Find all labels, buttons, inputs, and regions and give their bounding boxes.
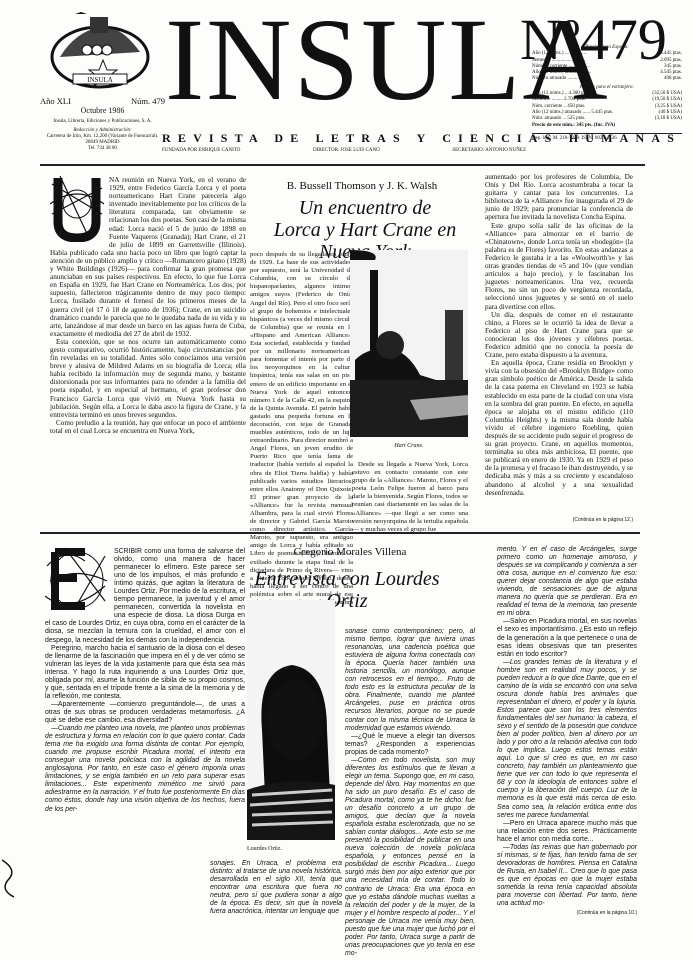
issue-num: Núm. 479 [131, 96, 165, 106]
issue-meta: Año XLINúm. 479 Octubre 1986 Insula, Lib… [40, 96, 165, 152]
paragraph: Desde su llegada a Nueva York, Lorca est… [352, 461, 468, 534]
paragraph: Un día, después de comer en el restauran… [485, 311, 633, 360]
paragraph: —Como en todo novelista, son muy diferen… [345, 757, 475, 958]
hart-crane-photo [350, 250, 468, 437]
paragraph: En aquella época, Crane residía en Brook… [485, 359, 633, 497]
issue-price: Precio de este núm.: 345 pts. (Inc. IVA) [532, 123, 682, 129]
hart-crane-caption: Hart Crane. [350, 443, 468, 449]
issue-date: Octubre 1986 [40, 106, 165, 116]
article2-col1: SCRIBIR como una forma de salvarse del o… [45, 548, 245, 814]
paragraph: Esta conexión, que se nos ocurre tan aut… [50, 338, 246, 419]
dropcap-u-icon [50, 174, 104, 242]
paragraph: —Todas las reinas que han gobernado por … [497, 844, 637, 908]
dropcap-e-icon [45, 546, 109, 614]
staff-line: FUNDADA POR ENRIQUE CANITO DIRECTOR: JOS… [162, 148, 526, 153]
article-divider [40, 532, 640, 534]
insula-logo: INSULA [45, 12, 155, 94]
paragraph: —Salvo en Picadura mortal, en sus novela… [497, 618, 637, 658]
paragraph: —Los grandes temas de la literatura y el… [497, 659, 637, 820]
year: Año XLI [40, 96, 71, 106]
secretary: SECRETARIO: ANTONIO NUÑEZ [452, 148, 526, 153]
masthead-rule [40, 164, 645, 166]
paragraph: —Pero en Urraca aparece mucho más que un… [497, 820, 637, 844]
article1-byline: B. Bussell Thomson y J. K. Walsh [262, 180, 462, 192]
article2-col3: sonase como contemporáneo; pero, al mism… [345, 628, 475, 958]
paragraph: —¿Qué le mueve a elegir tan diversos tem… [345, 733, 475, 757]
article2-col4: mento. Y en el caso de Arcángeles, surge… [497, 546, 637, 908]
founded-by: FUNDADA POR ENRIQUE CANITO [162, 148, 240, 153]
article2-continued-link[interactable]: (Continúa en la página 10.) [497, 910, 637, 916]
article2-byline: Gregorio Morales Villena [255, 546, 445, 558]
director: DIRECTOR: JOSE LUIS CANO [313, 148, 380, 153]
article1-continued-link[interactable]: (Continúa en la página 12.) [485, 517, 633, 523]
paragraph: sonajes. En Urraca, el problema era dist… [210, 860, 342, 916]
lourdes-ortiz-caption: Lourdes Ortiz. [247, 846, 335, 852]
address: Carretera de Irún, Km. 12,200 (Variante … [40, 134, 165, 146]
price-row: Número atrasado .................408 pta… [532, 76, 682, 82]
article1-col2: poco después de su llegada en junio de 1… [250, 251, 353, 615]
paragraph: sonase como contemporáneo; pero, al mism… [345, 628, 475, 733]
svg-text:INSULA: INSULA [87, 76, 113, 84]
article2-col2-under: sonajes. En Urraca, el problema era dist… [210, 860, 342, 916]
legal-deposit: Dep. leg.: M. 210-1958. ISSN: 0020-4536 [532, 133, 682, 142]
paragraph: Como preludio a la reunión, hay que enfo… [50, 419, 246, 435]
paragraph: Este grupo solía salir de las oficinas d… [485, 222, 633, 311]
lourdes-ortiz-photo [247, 600, 335, 840]
article1-col3: aumentado por los profesores de Columbia… [485, 173, 633, 497]
article1-col2b: Desde su llegada a Nueva York, Lorca est… [352, 461, 468, 534]
article1-col1: NA reunión en Nueva York, en el verano d… [50, 176, 246, 435]
phone: Tel. 734 38 00 [40, 146, 165, 152]
paragraph: Peregrino, marcho hacia el santuario de … [45, 645, 245, 701]
publisher: Insula, Librería, Ediciones y Publicacio… [40, 119, 165, 125]
paragraph: poco después de su llegada en junio de 1… [250, 251, 353, 615]
margin-mark-icon [0, 855, 22, 900]
paragraph: —Cuando me planteo una novela, me plante… [45, 725, 245, 814]
paragraph: —Aparentemente —comienzo preguntándole—,… [45, 701, 245, 725]
paragraph: aumentado por los profesores de Columbia… [485, 173, 633, 222]
price-box: Precios para España: Año (12 núms.) ....… [532, 45, 682, 142]
paragraph: mento. Y en el caso de Arcángeles, surge… [497, 546, 637, 618]
